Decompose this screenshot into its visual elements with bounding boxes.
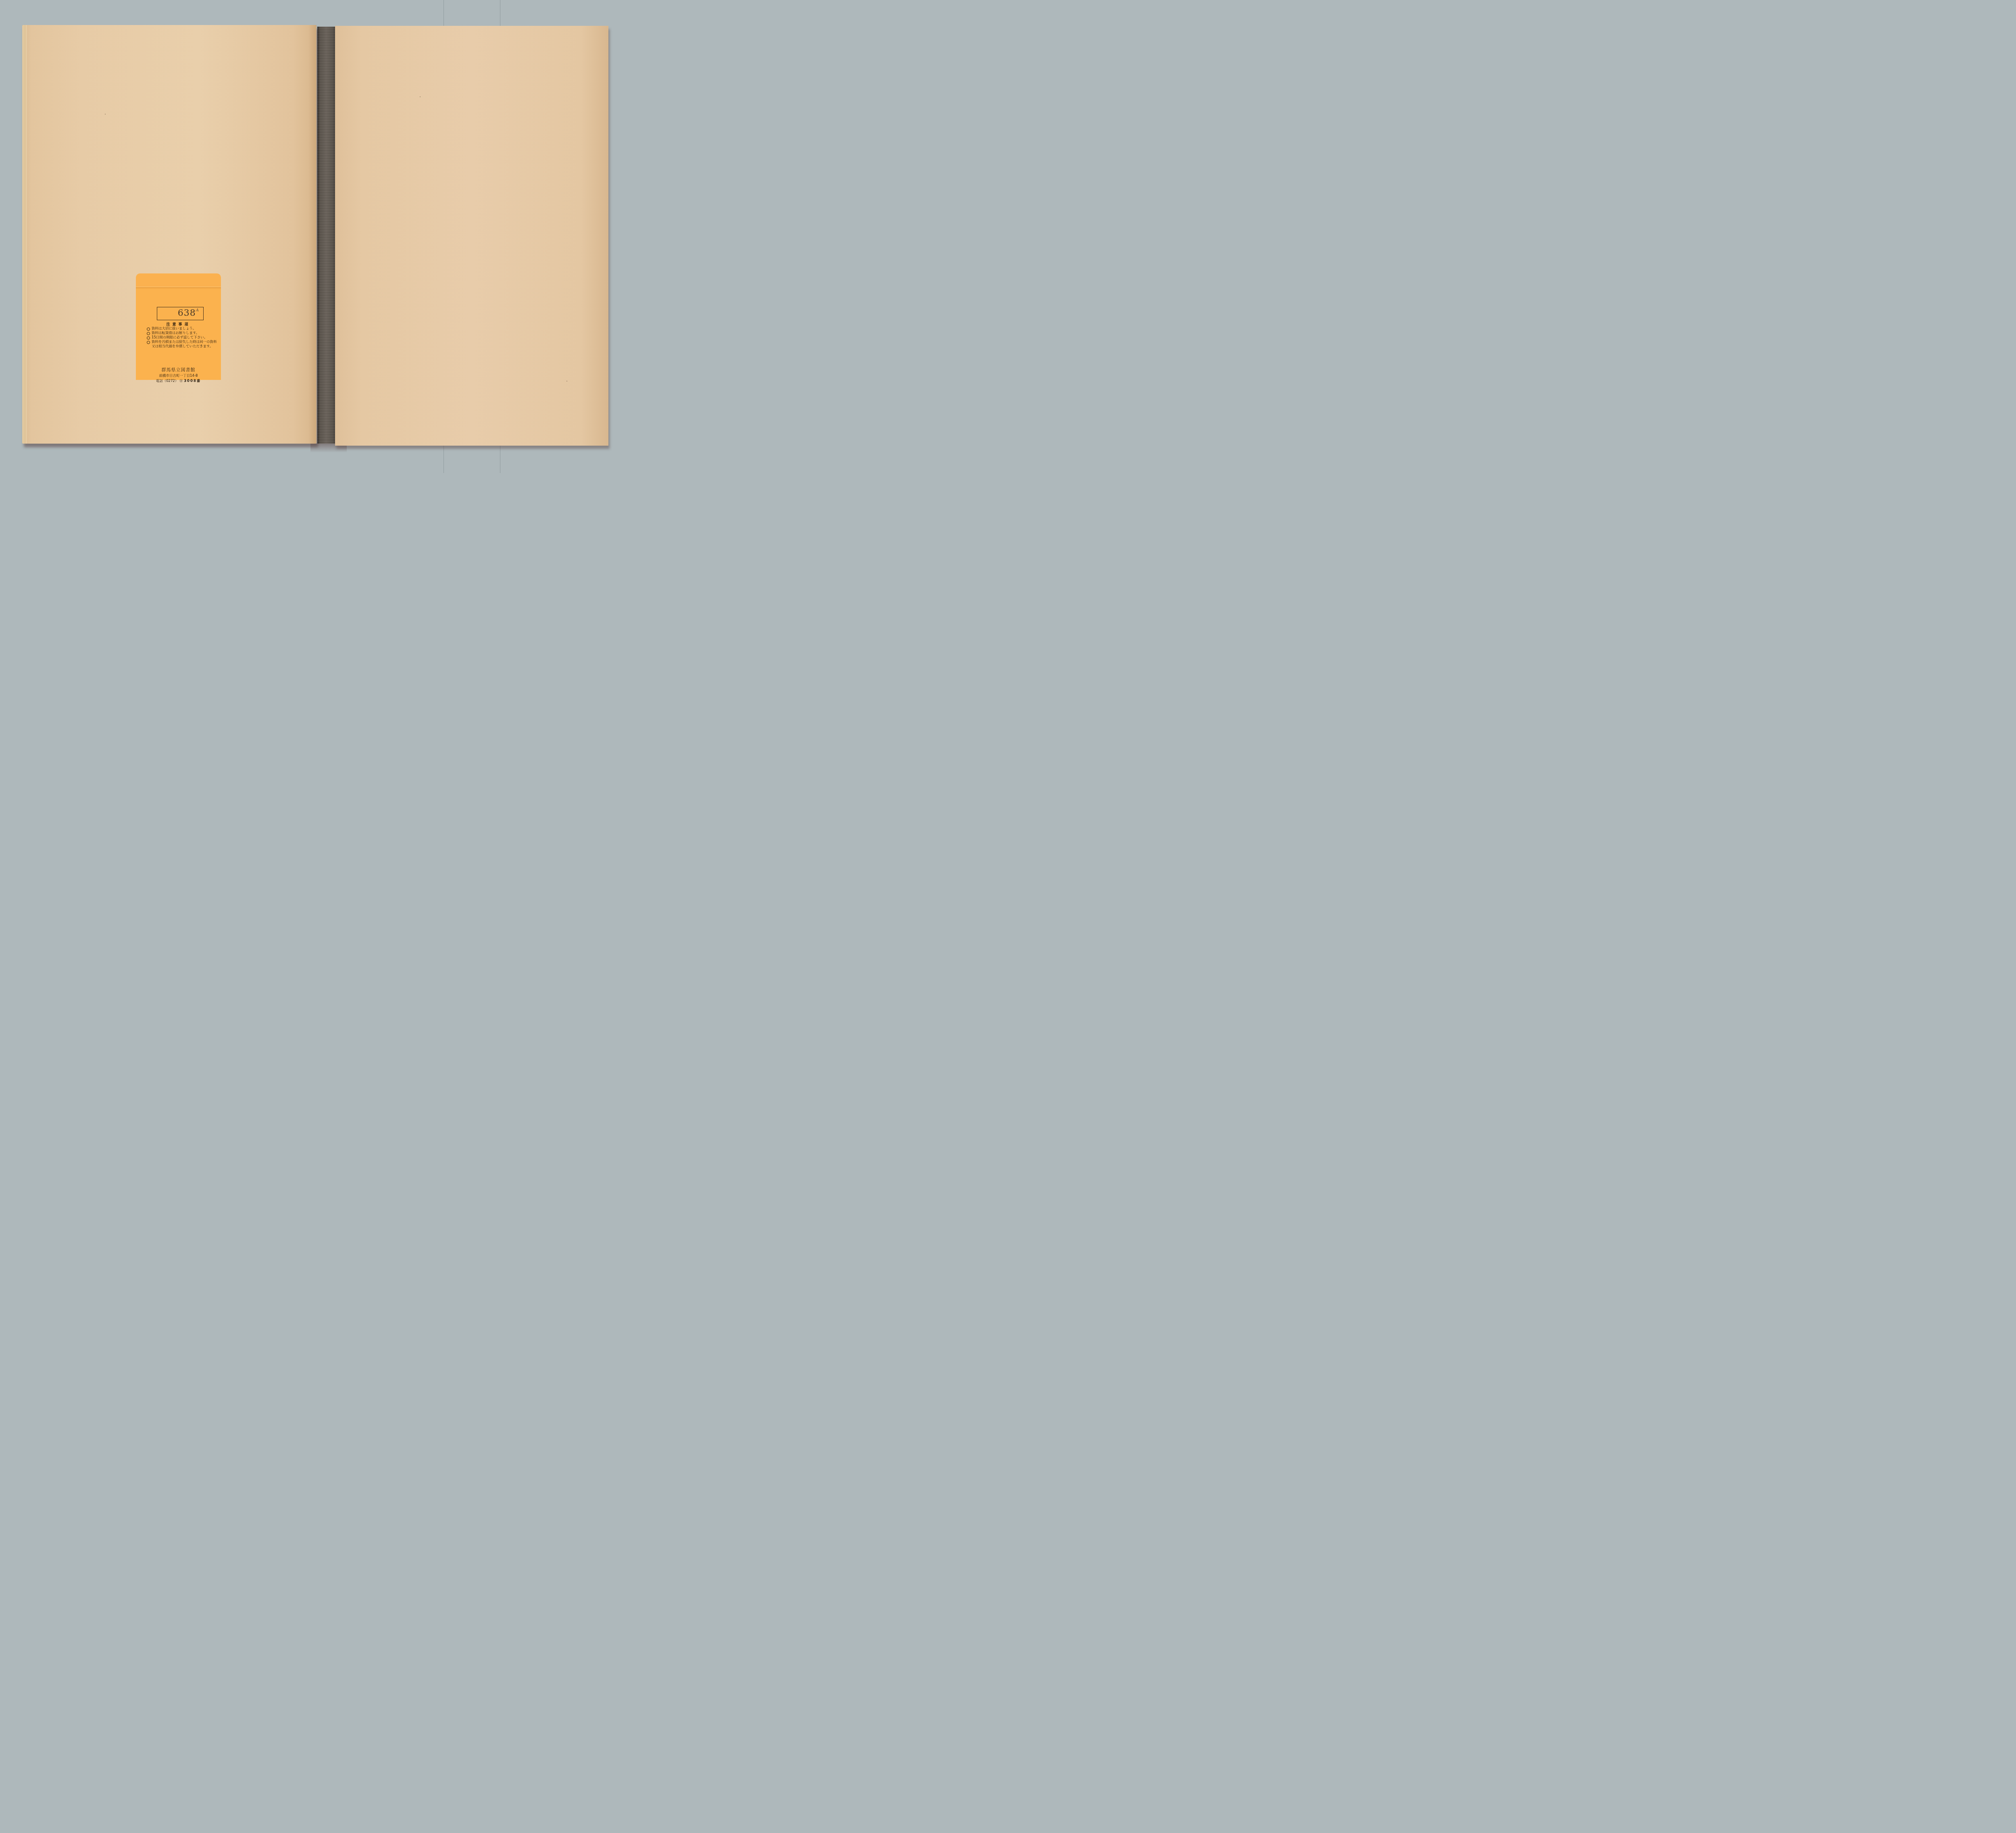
paper-speck — [420, 96, 421, 97]
notice-item: 資料は大切に扱いましょう。 — [147, 327, 217, 331]
call-number-box: 638A — [157, 307, 204, 320]
gutter-shadow — [308, 25, 317, 444]
notice-item: 15日間の期限に必ず返して下さい。 — [147, 336, 217, 340]
notice-item: 資料を汚損または紛失した時は同一の資料又は相当代価を弁償していただきます。 — [147, 340, 217, 349]
phone-number: 3008番 — [184, 379, 201, 383]
call-number-suffix: A — [196, 308, 199, 313]
spine-cloth-tape — [317, 27, 335, 444]
pocket-front: 638A 注意事項 資料は大切に扱いましょう。 資料は転貸借はお断りします。 1… — [136, 287, 221, 380]
phone-exchange: ㉛ — [179, 379, 183, 383]
notice-list: 資料は大切に扱いましょう。 資料は転貸借はお断りします。 15日間の期限に必ず返… — [147, 327, 217, 349]
notice-item: 資料は転貸借はお断りします。 — [147, 331, 217, 336]
right-endpaper — [335, 26, 608, 446]
library-phone: 電話（0272） ㉛ 3008番 — [136, 378, 221, 383]
call-number: 638A — [178, 308, 199, 318]
notice-title: 注意事項 — [136, 321, 221, 327]
library-address: 前橋市日吉町一丁目14-8 — [136, 373, 221, 378]
library-card-pocket[interactable]: 638A 注意事項 資料は大切に扱いましょう。 資料は転貸借はお断りします。 1… — [136, 273, 221, 380]
library-name: 群馬県立図書館 — [136, 367, 221, 373]
paper-speck — [105, 114, 106, 115]
page-edges — [22, 25, 27, 444]
paper-speck — [566, 381, 567, 382]
phone-label: 電話（0272） — [156, 379, 179, 383]
